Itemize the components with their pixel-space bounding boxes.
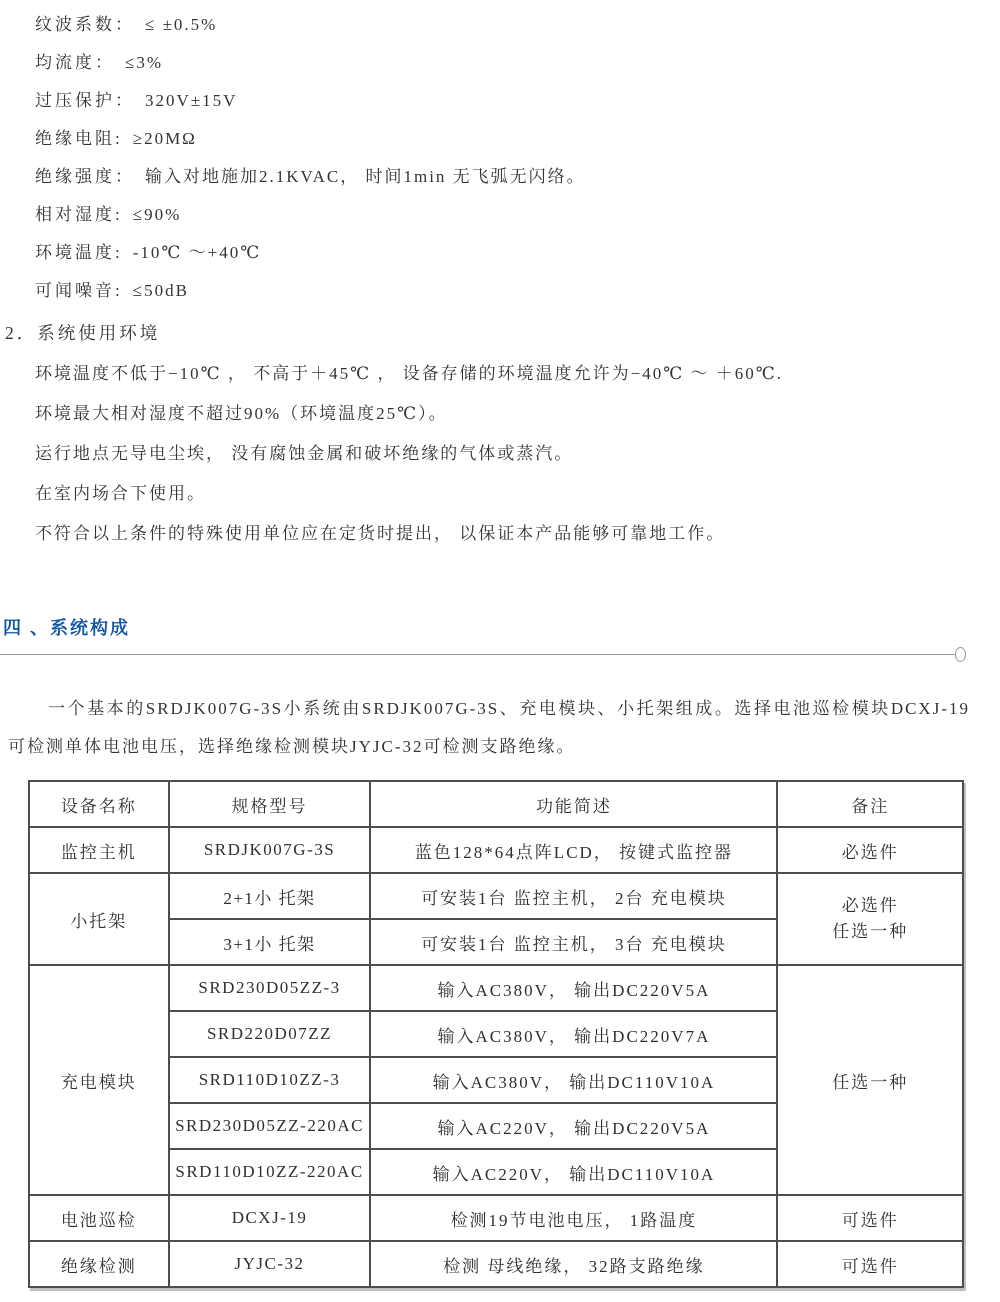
desc-cell: 输入AC220V， 输出DC220V5A	[370, 1103, 777, 1149]
desc-cell: 检测 母线绝缘， 32路支路绝缘	[370, 1241, 777, 1287]
spec-value: ≤3%	[125, 53, 163, 72]
section4-intro-paragraph: 一个基本的SRDJK007G-3S小系统由SRDJK007G-3S、充电模块、小…	[8, 690, 970, 766]
spec-line-noise: 可闻噪音:≤50dB	[35, 272, 1000, 310]
env-line: 运行地点无导电尘埃， 没有腐蚀金属和破坏绝缘的气体或蒸汽。	[35, 434, 1000, 474]
spec-value: ≤90%	[133, 205, 182, 224]
model-cell: SRD110D10ZZ-3	[169, 1057, 371, 1103]
components-table: 设备名称 规格型号 功能简述 备注 监控主机 SRDJK007G-3S 蓝色12…	[28, 780, 964, 1288]
model-cell: JYJC-32	[169, 1241, 371, 1287]
desc-cell: 蓝色128*64点阵LCD， 按键式监控器	[370, 827, 777, 873]
model-cell: SRD230D05ZZ-220AC	[169, 1103, 371, 1149]
spec-line-insulation-resistance: 绝缘电阻:≥20MΩ	[35, 120, 1000, 158]
col-header-note: 备注	[777, 781, 963, 827]
spec-label: 环境温度:	[35, 243, 123, 262]
note-cell: 可选件	[777, 1241, 963, 1287]
model-cell: 2+1小 托架	[169, 873, 371, 919]
divider-line	[0, 654, 955, 655]
table-row: 小托架 2+1小 托架 可安装1台 监控主机， 2台 充电模块 必选件 任选一种	[29, 873, 963, 919]
device-cell: 充电模块	[29, 965, 169, 1195]
desc-cell: 输入AC380V， 输出DC220V7A	[370, 1011, 777, 1057]
note-cell: 必选件 任选一种	[777, 873, 963, 965]
section4-heading: 四 、系统构成	[3, 616, 1000, 640]
env-line: 不符合以上条件的特殊使用单位应在定货时提出， 以保证本产品能够可靠地工作。	[35, 514, 1000, 554]
env-line: 环境温度不低于−10℃ ， 不高于＋45℃ ， 设备存储的环境温度允许为−40℃…	[35, 354, 1000, 394]
spec-value: 320V±15V	[145, 91, 237, 110]
col-header-model: 规格型号	[169, 781, 371, 827]
spec-value: ≤50dB	[133, 281, 189, 300]
spec-label: 绝缘强度：	[35, 167, 135, 186]
environment-list: 环境温度不低于−10℃ ， 不高于＋45℃ ， 设备存储的环境温度允许为−40℃…	[35, 354, 1000, 554]
spec-label: 均流度：	[35, 53, 115, 72]
table-row: 绝缘检测 JYJC-32 检测 母线绝缘， 32路支路绝缘 可选件	[29, 1241, 963, 1287]
device-cell: 监控主机	[29, 827, 169, 873]
section-divider	[0, 647, 966, 662]
col-header-description: 功能简述	[370, 781, 777, 827]
desc-cell: 可安装1台 监控主机， 2台 充电模块	[370, 873, 777, 919]
desc-cell: 输入AC380V， 输出DC110V10A	[370, 1057, 777, 1103]
col-header-device: 设备名称	[29, 781, 169, 827]
section2-title: 2．系统使用环境	[5, 320, 1000, 346]
env-line: 环境最大相对湿度不超过90%（环境温度25℃）。	[35, 394, 1000, 434]
table-header-row: 设备名称 规格型号 功能简述 备注	[29, 781, 963, 827]
note-cell: 必选件	[777, 827, 963, 873]
spec-label: 绝缘电阻:	[35, 129, 123, 148]
spec-list: 纹波系数：≤ ±0.5% 均流度：≤3% 过压保护：320V±15V 绝缘电阻:…	[35, 0, 1000, 310]
model-cell: 3+1小 托架	[169, 919, 371, 965]
spec-line-ripple: 纹波系数：≤ ±0.5%	[35, 6, 1000, 44]
spec-line-humidity: 相对湿度:≤90%	[35, 196, 1000, 234]
table-row: 充电模块 SRD230D05ZZ-3 输入AC380V， 输出DC220V5A …	[29, 965, 963, 1011]
document-page: 纹波系数：≤ ±0.5% 均流度：≤3% 过压保护：320V±15V 绝缘电阻:…	[0, 0, 1000, 1302]
desc-cell: 输入AC220V， 输出DC110V10A	[370, 1149, 777, 1195]
desc-cell: 输入AC380V， 输出DC220V5A	[370, 965, 777, 1011]
model-cell: DCXJ-19	[169, 1195, 371, 1241]
model-cell: SRD220D07ZZ	[169, 1011, 371, 1057]
table-row: 监控主机 SRDJK007G-3S 蓝色128*64点阵LCD， 按键式监控器 …	[29, 827, 963, 873]
model-cell: SRD230D05ZZ-3	[169, 965, 371, 1011]
spec-label: 过压保护：	[35, 91, 135, 110]
spec-value: ≥20MΩ	[133, 129, 197, 148]
env-line: 在室内场合下使用。	[35, 474, 1000, 514]
spec-label: 相对湿度:	[35, 205, 123, 224]
model-cell: SRDJK007G-3S	[169, 827, 371, 873]
spec-line-insulation-strength: 绝缘强度：输入对地施加2.1KVAC， 时间1min 无飞弧无闪络。	[35, 158, 1000, 196]
spec-value: -10℃ ～+40℃	[133, 243, 262, 262]
table-row: 电池巡检 DCXJ-19 检测19节电池电压， 1路温度 可选件	[29, 1195, 963, 1241]
device-cell: 小托架	[29, 873, 169, 965]
desc-cell: 检测19节电池电压， 1路温度	[370, 1195, 777, 1241]
spec-label: 可闻噪音:	[35, 281, 123, 300]
device-cell: 电池巡检	[29, 1195, 169, 1241]
spec-value: ≤ ±0.5%	[145, 15, 217, 34]
model-cell: SRD110D10ZZ-220AC	[169, 1149, 371, 1195]
spec-label: 纹波系数：	[35, 15, 135, 34]
spec-line-temperature: 环境温度:-10℃ ～+40℃	[35, 234, 1000, 272]
note-cell: 任选一种	[777, 965, 963, 1195]
divider-end-circle-icon	[955, 647, 966, 662]
device-cell: 绝缘检测	[29, 1241, 169, 1287]
spec-line-current-share: 均流度：≤3%	[35, 44, 1000, 82]
desc-cell: 可安装1台 监控主机， 3台 充电模块	[370, 919, 777, 965]
spec-line-overvoltage: 过压保护：320V±15V	[35, 82, 1000, 120]
note-cell: 可选件	[777, 1195, 963, 1241]
spec-value: 输入对地施加2.1KVAC， 时间1min 无飞弧无闪络。	[145, 167, 586, 186]
